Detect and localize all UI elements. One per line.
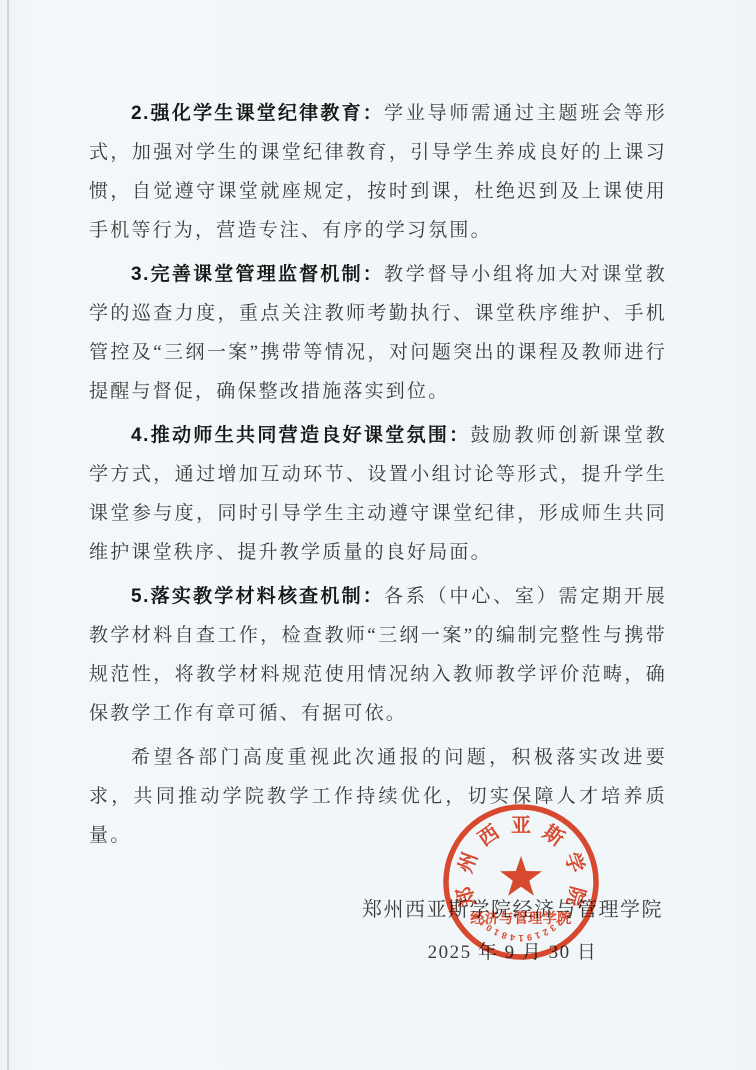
- svg-text:学: 学: [560, 849, 589, 876]
- paragraph-item-3: 3.完善课堂管理监督机制：教学督导小组将加大对课堂教学的巡查力度，重点关注教师考…: [89, 255, 667, 411]
- svg-text:郑: 郑: [452, 884, 481, 910]
- svg-text:斯: 斯: [539, 820, 569, 851]
- svg-text:1: 1: [534, 930, 542, 941]
- paragraph-lead: 5.落实教学材料核查机制：: [131, 586, 384, 607]
- svg-text:州: 州: [454, 849, 482, 876]
- svg-text:亚: 亚: [511, 814, 531, 837]
- svg-text:8: 8: [500, 930, 508, 941]
- official-seal: 郑州西亚斯学院 经济与管理学院 4101841912326: [440, 801, 602, 963]
- scan-edge-line: [7, 0, 9, 1070]
- svg-text:2: 2: [541, 927, 550, 938]
- paragraph-item-5: 5.落实教学材料核查机制：各系（中心、室）需定期开展教学材料自查工作，检查教师“…: [89, 577, 667, 733]
- paragraph-lead: 4.推动师生共同营造良好课堂氛围：: [131, 425, 470, 446]
- svg-text:9: 9: [526, 932, 532, 943]
- svg-text:院: 院: [562, 884, 590, 910]
- paragraph-lead: 3.完善课堂管理监督机制：: [131, 264, 384, 285]
- document-page: 2.强化学生课堂纪律教育：学业导师需通过主题班会等形式，加强对学生的课堂纪律教育…: [0, 0, 756, 1070]
- paragraph-item-2: 2.强化学生课堂纪律教育：学业导师需通过主题班会等形式，加强对学生的课堂纪律教育…: [89, 94, 667, 250]
- paragraph-item-4: 4.推动师生共同营造良好课堂氛围：鼓励教师创新课堂教学方式，通过增加互动环节、设…: [89, 416, 667, 572]
- paragraph-lead: 2.强化学生课堂纪律教育：: [131, 103, 384, 124]
- svg-text:1: 1: [492, 927, 501, 938]
- svg-text:4: 4: [509, 932, 515, 943]
- star-icon: [500, 856, 542, 896]
- svg-text:西: 西: [474, 821, 504, 851]
- seal-svg: 郑州西亚斯学院 经济与管理学院 4101841912326: [440, 801, 602, 963]
- svg-text:1: 1: [518, 933, 523, 943]
